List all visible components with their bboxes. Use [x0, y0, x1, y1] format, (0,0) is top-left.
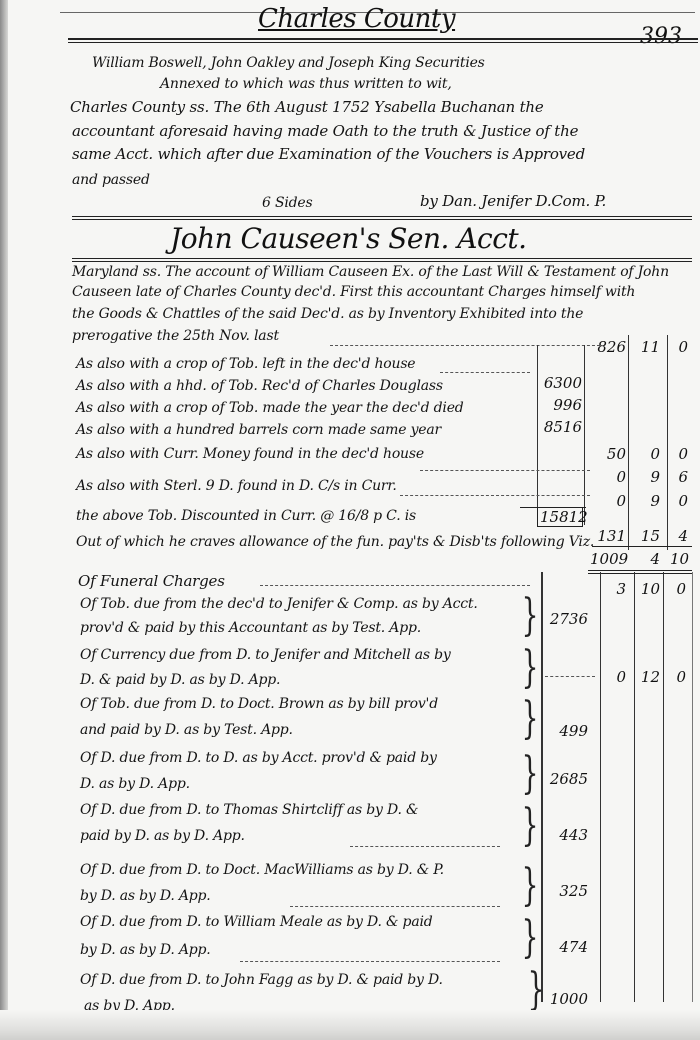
leader-line	[420, 470, 590, 471]
tobacco-column-right	[584, 345, 585, 525]
page-number: 393	[640, 24, 682, 49]
leader-line	[330, 345, 600, 346]
brace-icon: }	[528, 968, 545, 1012]
funeral-pence: 0	[666, 580, 686, 598]
charge-pence: 6	[670, 468, 688, 486]
discount-pounds: 131	[596, 527, 626, 545]
charge-description: As also with a crop of Tob. made the yea…	[76, 400, 464, 416]
leader-line	[350, 846, 500, 847]
disbursement-tobacco: 474	[544, 938, 588, 956]
disb-tobacco-column-left	[541, 572, 543, 1002]
disbursement-line: paid by D. as by D. App.	[80, 828, 245, 844]
charge-description: As also with Curr. Money found in the de…	[76, 446, 424, 462]
brace-icon: }	[522, 752, 539, 796]
leader-line	[440, 372, 530, 373]
signature: by Dan. Jenifer D.Com. P.	[420, 192, 606, 210]
disbursement-line: Of D. due from D. to Doct. MacWilliams a…	[80, 862, 444, 878]
charge-description: As also with a hundred barrels corn made…	[76, 422, 441, 438]
disbursement-line: Of D. due from D. to John Fagg as by D. …	[80, 972, 443, 988]
preamble-line: accountant aforesaid having made Oath to…	[72, 122, 578, 140]
disbursement-line: and paid by D. as by Test. App.	[80, 722, 293, 738]
discount-line: the above Tob. Discounted in Curr. @ 16/…	[76, 508, 416, 524]
disb-shillings-column-left	[634, 572, 635, 1002]
header-rule-thin	[68, 42, 698, 43]
charge-tobacco: 996	[540, 396, 582, 414]
charge-pounds: 0	[596, 492, 626, 510]
disbursement-pence: 0	[666, 668, 686, 686]
leader-line	[260, 585, 530, 586]
brace-icon: }	[522, 864, 539, 908]
leader-line	[400, 495, 590, 496]
inventory-total-shillings: 11	[630, 338, 660, 356]
account-intro-line: Maryland ss. The account of William Caus…	[72, 264, 669, 280]
pence-column-left	[667, 335, 668, 550]
grand-total-pounds: 1009	[590, 550, 626, 568]
subtotal-rule	[592, 546, 692, 547]
disbursement-line: D. as by D. App.	[80, 776, 190, 792]
account-title-rule-thin	[72, 261, 692, 262]
discount-pence: 4	[670, 527, 688, 545]
disbursement-line: Of Tob. due from the dec'd to Jenifer & …	[80, 596, 478, 612]
charge-tobacco: 8516	[540, 418, 582, 436]
disbursement-tobacco: 499	[544, 722, 588, 740]
section-rule	[72, 216, 692, 217]
disbursement-pounds: 0	[604, 668, 626, 686]
account-intro-line: Causeen late of Charles County dec'd. Fi…	[72, 284, 635, 300]
inventory-total-pounds: 826	[596, 338, 626, 356]
disbursement-tobacco: 2736	[544, 610, 588, 628]
preamble-line: Charles County ss. The 6th August 1752 Y…	[70, 98, 544, 116]
disbursement-shillings: 12	[636, 668, 660, 686]
charge-shillings: 9	[630, 468, 660, 486]
brace-icon: }	[522, 594, 539, 638]
preamble-line: William Boswell, John Oakley and Joseph …	[92, 55, 485, 71]
disbursement-line: prov'd & paid by this Accountant as by T…	[80, 620, 421, 636]
account-intro-line: the Goods & Chattles of the said Dec'd. …	[72, 306, 583, 322]
preamble-line: and passed	[72, 172, 150, 188]
disbursement-line: Of Tob. due from D. to Doct. Brown as by…	[80, 696, 438, 712]
disb-pounds-column-left	[600, 572, 601, 1002]
disbursement-tobacco: 443	[544, 826, 588, 844]
brace-icon: }	[522, 697, 539, 741]
disbursement-line: by D. as by D. App.	[80, 888, 211, 904]
brace-icon: }	[522, 646, 539, 690]
funeral-heading: Of Funeral Charges	[78, 572, 225, 590]
leader-line	[290, 906, 500, 907]
brace-icon: }	[522, 804, 539, 848]
shillings-column-left	[628, 335, 629, 550]
grand-total-rule	[588, 570, 692, 571]
charge-description: As also with Sterl. 9 D. found in D. C/s…	[76, 478, 397, 494]
brace-icon: }	[522, 916, 539, 960]
grand-total-shillings: 4	[630, 550, 660, 568]
preamble-line: same Acct. which after due Examination o…	[72, 145, 585, 163]
preamble-line: Annexed to which was thus written to wit…	[160, 76, 452, 92]
charge-pence: 0	[670, 492, 688, 510]
disbursement-line: D. & paid by D. as by D. App.	[80, 672, 280, 688]
leader-line	[545, 676, 595, 677]
ledger-page: Charles County 393 William Boswell, John…	[0, 0, 700, 1040]
tobacco-column-left	[537, 345, 538, 525]
disbursement-tobacco: 2685	[544, 770, 588, 788]
charge-pence: 0	[670, 445, 688, 463]
disbursement-line: Of D. due from D. to D. as by Acct. prov…	[80, 750, 437, 766]
section-rule-thin	[72, 219, 692, 220]
account-title-rule	[72, 258, 692, 259]
allowance-line: Out of which he craves allowance of the …	[76, 534, 594, 550]
funeral-pounds: 3	[604, 580, 626, 598]
grand-total-pence: 10	[670, 550, 688, 568]
grand-total-rule-thin	[588, 573, 692, 574]
account-title: John Causeen's Sen. Acct.	[170, 222, 527, 255]
funeral-shillings: 10	[636, 580, 660, 598]
page-bottom-edge	[0, 1010, 700, 1040]
page-binding-edge	[0, 0, 8, 1040]
disbursement-line: by D. as by D. App.	[80, 942, 211, 958]
disbursement-line: Of D. due from D. to William Meale as by…	[80, 914, 433, 930]
charge-shillings: 9	[630, 492, 660, 510]
leader-line	[240, 961, 500, 962]
account-intro-line: prerogative the 25th Nov. last	[72, 328, 279, 344]
header-rule	[68, 38, 698, 40]
side-count-note: 6 Sides	[262, 195, 312, 211]
charge-description: As also with a hhd. of Tob. Rec'd of Cha…	[76, 378, 443, 394]
charge-description: As also with a crop of Tob. left in the …	[76, 356, 415, 372]
charge-pounds: 50	[596, 445, 626, 463]
disb-right-edge	[692, 572, 693, 1002]
discount-shillings: 15	[630, 527, 660, 545]
disbursement-line: Of Currency due from D. to Jenifer and M…	[80, 647, 451, 663]
disbursement-line: Of D. due from D. to Thomas Shirtcliff a…	[80, 802, 418, 818]
disbursement-tobacco: 325	[544, 882, 588, 900]
disb-pence-column-left	[663, 572, 664, 1002]
charge-tobacco: 6300	[540, 374, 582, 392]
tobacco-total: 15812	[537, 508, 583, 527]
charge-pounds: 0	[596, 468, 626, 486]
inventory-total-pence: 0	[670, 338, 688, 356]
county-heading: Charles County	[258, 4, 455, 34]
disbursement-tobacco: 1000	[544, 990, 588, 1008]
charge-shillings: 0	[630, 445, 660, 463]
